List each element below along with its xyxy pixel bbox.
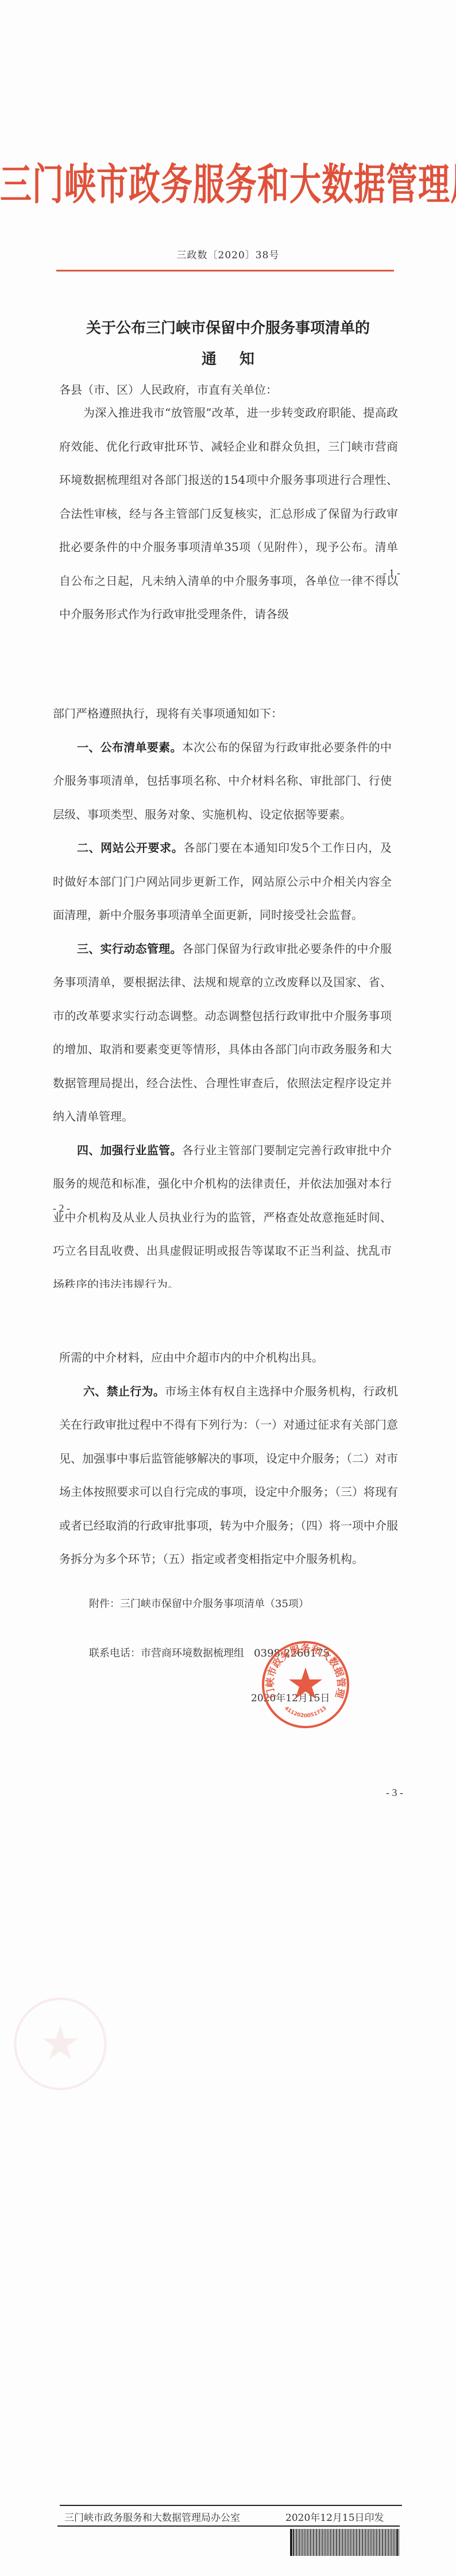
red-separator-line: [56, 270, 394, 271]
footer-print-date: 2020年12月15日印发: [285, 2509, 384, 2524]
section-2: 二、网站公开要求。各部门要在本通知印发5个工作日内，及时做好本部门门户网站同步更…: [53, 831, 392, 932]
page-4: 三门峡市政务服务和大数据管理局办公室 2020年12月15日印发: [0, 1932, 456, 2576]
continuation-text: 所需的中介材料，应由中介超市内的中介机构出具。: [59, 1341, 398, 1375]
page-3: 所需的中介材料，应由中介超市内的中介机构出具。 六、禁止行为。市场主体有权自主选…: [0, 1288, 456, 1932]
svg-text:4112020051713: 4112020051713: [283, 1705, 328, 1718]
faded-seal-icon: [11, 1995, 109, 2093]
issuer-red-header: 三门峡市政务服务和大数据管理局文件: [0, 150, 456, 212]
section-4: 四、加强行业监管。各行业主管部门要制定完善行政审批中介服务的规范和标准，强化中介…: [53, 1134, 392, 1302]
section-text: 各行业主管部门要制定完善行政审批中介服务的规范和标准，强化中介机构的法律责任，并…: [53, 1143, 392, 1291]
notice-title-line-1: 关于公布三门峡市保留中介服务事项清单的: [0, 313, 456, 344]
page-2-body: 部门严格遵照执行，现将有关事项通知如下： 一、公布清单要素。本次公布的保留为行政…: [53, 697, 392, 1368]
section-heading: 六、禁止行为。: [83, 1384, 165, 1398]
page-1: 三门峡市政务服务和大数据管理局文件 三政数〔2020〕38号 关于公布三门峡市保…: [0, 0, 456, 644]
barcode-icon: [290, 2529, 399, 2556]
page-number: - 1 -: [383, 567, 400, 579]
page-number: - 2 -: [53, 1202, 70, 1215]
section-text: 市场主体有权自主选择中介服务机构，行政机关在行政审批过程中不得有下列行为：（一）…: [59, 1384, 398, 1566]
footer-top-rule: [60, 2505, 402, 2506]
section-text: 各部门保留为行政审批必要条件的中介服务事项清单，要根据法律、法规和规章的立改废释…: [53, 942, 392, 1124]
notice-title-line-2: 通知: [0, 344, 456, 375]
page-number: - 3 -: [386, 1787, 403, 1799]
barcode-guard: [290, 2529, 292, 2556]
barcode-guard: [399, 2529, 399, 2556]
footer-bottom-rule: [57, 2525, 400, 2527]
section-heading: 三、实行动态管理。: [77, 942, 182, 956]
barcode-guard: [396, 2529, 398, 2556]
section-3: 三、实行动态管理。各部门保留为行政审批必要条件的中介服务事项清单，要根据法律、法…: [53, 932, 392, 1134]
section-heading: 一、公布清单要素。: [77, 740, 182, 754]
footer-issuing-office: 三门峡市政务服务和大数据管理局办公室: [64, 2509, 240, 2524]
section-heading: 二、网站公开要求。: [77, 841, 183, 855]
continuation-text: 部门严格遵照执行，现将有关事项通知如下：: [53, 697, 392, 731]
document-number: 三政数〔2020〕38号: [0, 247, 456, 261]
intro-text: 为深入推进我市“放管服”改革，进一步转变政府职能、提高政府效能、优化行政审批环节…: [59, 396, 398, 631]
page-3-body: 所需的中介材料，应由中介超市内的中介机构出具。 六、禁止行为。市场主体有权自主选…: [59, 1341, 398, 1576]
section-6: 六、禁止行为。市场主体有权自主选择中介服务机构，行政机关在行政审批过程中不得有下…: [59, 1375, 398, 1576]
section-heading: 四、加强行业监管。: [77, 1143, 182, 1157]
page-2: 部门严格遵照执行，现将有关事项通知如下： 一、公布清单要素。本次公布的保留为行政…: [0, 644, 456, 1288]
barcode-pattern: [295, 2529, 396, 2556]
official-seal-icon: 三门峡市政务服务和大数据管理局 4112020051713: [260, 1639, 351, 1731]
attachment-note: 附件：三门峡市保留中介服务事项清单（35项）: [89, 1596, 309, 1611]
notice-title: 关于公布三门峡市保留中介服务事项清单的 通知: [0, 313, 456, 375]
intro-paragraph: 为深入推进我市“放管服”改革，进一步转变政府职能、提高政府效能、优化行政审批环节…: [59, 396, 398, 631]
barcode-guard: [293, 2529, 294, 2556]
section-1: 一、公布清单要素。本次公布的保留为行政审批必要条件的中介服务事项清单，包括事项名…: [53, 731, 392, 832]
